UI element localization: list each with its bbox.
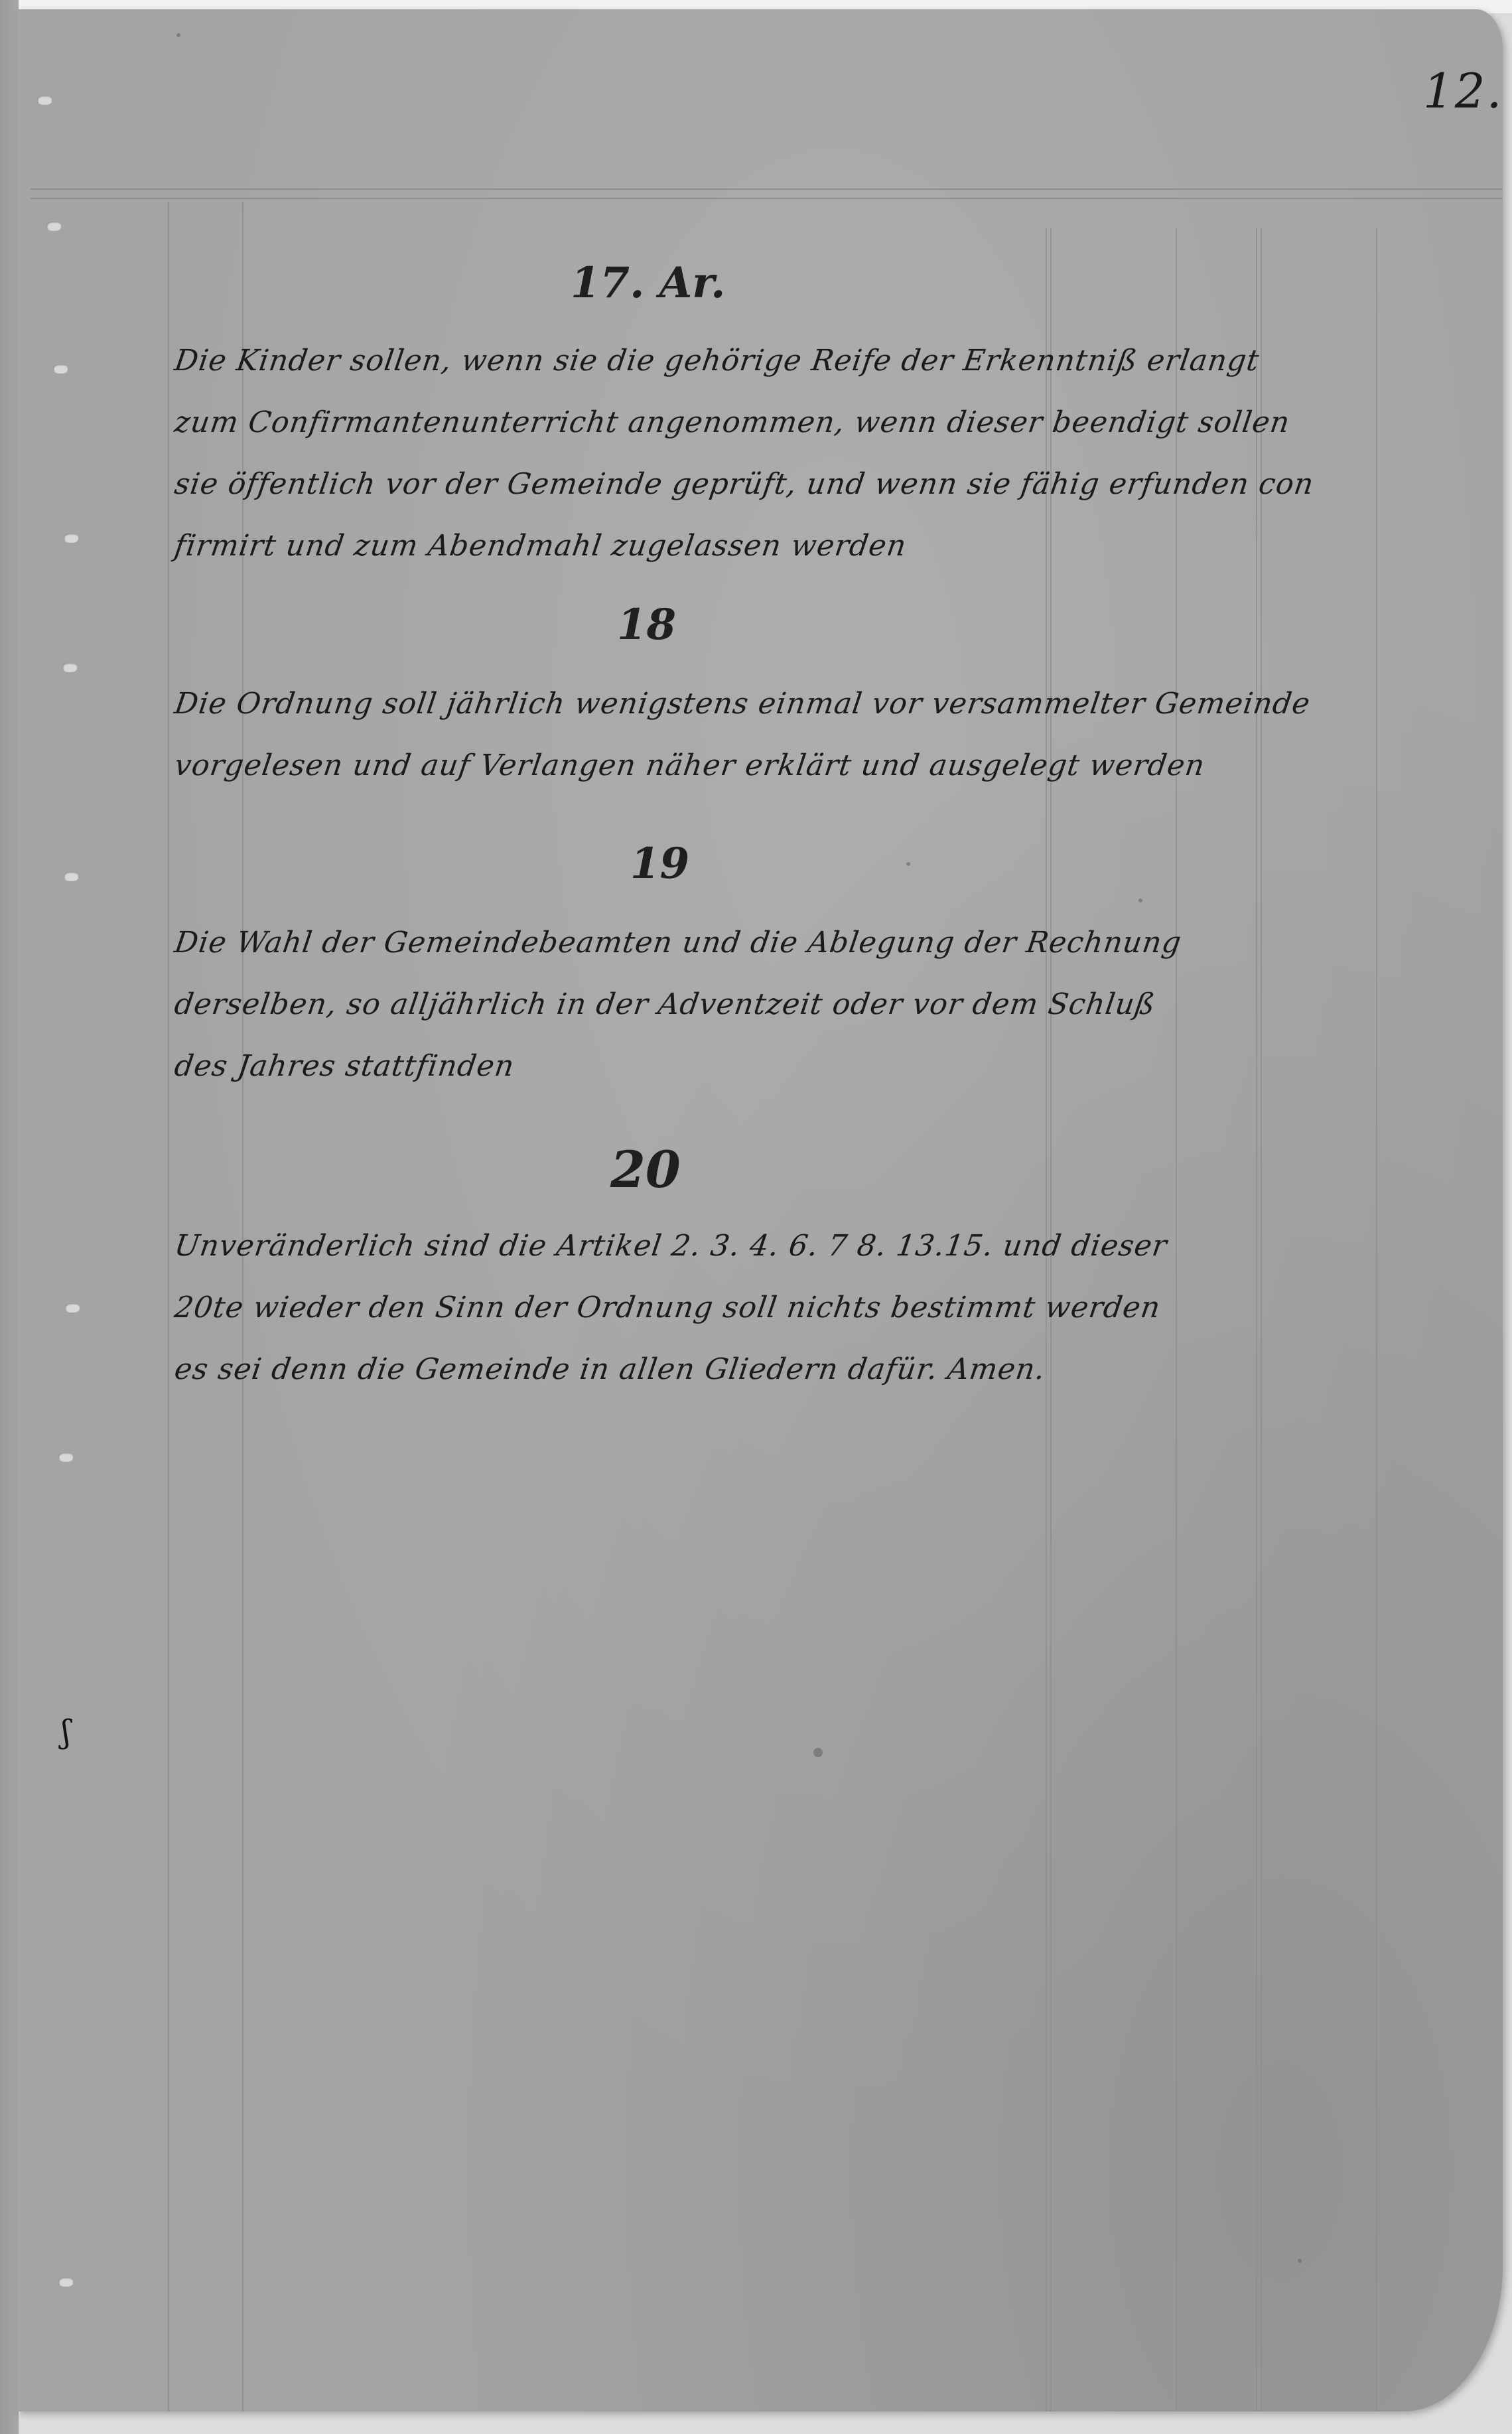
article-17: 17. Ar. Die Kinder sollen, wenn sie die … — [179, 262, 1393, 577]
article-line: Die Ordnung soll jährlich wenigstens ein… — [171, 673, 1393, 735]
article-19: 19 Die Wahl der Gemeindebeamten und die … — [179, 843, 1393, 1097]
article-18: 18 Die Ordnung soll jährlich wenigstens … — [179, 604, 1393, 796]
margin-line-left-1 — [168, 202, 169, 2411]
binding-hole — [65, 1303, 80, 1313]
article-heading: 18 — [617, 604, 1393, 646]
paper-speck — [1298, 2259, 1302, 2263]
paper-speck — [176, 33, 180, 37]
article-heading: 19 — [630, 843, 1393, 885]
paper-speck — [813, 1748, 823, 1757]
binding-hole — [53, 364, 68, 374]
page-number: 12. — [1423, 63, 1503, 119]
article-body: Die Kinder sollen, wenn sie die gehörige… — [179, 330, 1393, 577]
article-heading: 20 — [610, 1145, 1393, 1195]
article-line: des Jahres stattfinden — [171, 1035, 1393, 1097]
binding-hole — [64, 534, 78, 543]
article-heading: 17. Ar. — [571, 262, 1393, 305]
binding-hole — [58, 1453, 73, 1462]
article-line: es sei denn die Gemeinde in allen Gliede… — [171, 1338, 1393, 1400]
article-line: sie öffentlich vor der Gemeinde geprüft,… — [171, 453, 1393, 515]
article-20: 20 Unveränderlich sind die Artikel 2. 3.… — [179, 1145, 1393, 1400]
article-line: Die Kinder sollen, wenn sie die gehörige… — [171, 330, 1393, 392]
article-line: derselben, so alljährlich in der Adventz… — [171, 973, 1393, 1035]
binding-hole — [62, 663, 77, 672]
binding-hole — [58, 2277, 73, 2287]
article-line: zum Confirmantenunterricht angenommen, w… — [171, 392, 1393, 453]
article-line: firmirt und zum Abendmahl zugelassen wer… — [171, 515, 1393, 577]
article-line: 20te wieder den Sinn der Ordnung soll ni… — [171, 1277, 1393, 1338]
article-line: Die Wahl der Gemeindebeamten und die Abl… — [171, 912, 1393, 973]
binding-hole — [37, 96, 52, 105]
article-line: Unveränderlich sind die Artikel 2. 3. 4.… — [171, 1215, 1393, 1277]
header-rule-top — [31, 188, 1503, 190]
article-body: Die Wahl der Gemeindebeamten und die Abl… — [179, 912, 1393, 1097]
article-body: Unveränderlich sind die Artikel 2. 3. 4.… — [179, 1215, 1393, 1400]
header-rule-bottom — [31, 198, 1503, 199]
article-body: Die Ordnung soll jährlich wenigstens ein… — [179, 673, 1393, 796]
article-line: vorgelesen und auf Verlangen näher erklä… — [171, 735, 1393, 796]
book-binding-edge — [0, 0, 19, 2434]
binding-hole — [46, 222, 61, 231]
binding-hole — [64, 872, 78, 881]
margin-ink-mark: ʃ — [62, 1713, 70, 1751]
